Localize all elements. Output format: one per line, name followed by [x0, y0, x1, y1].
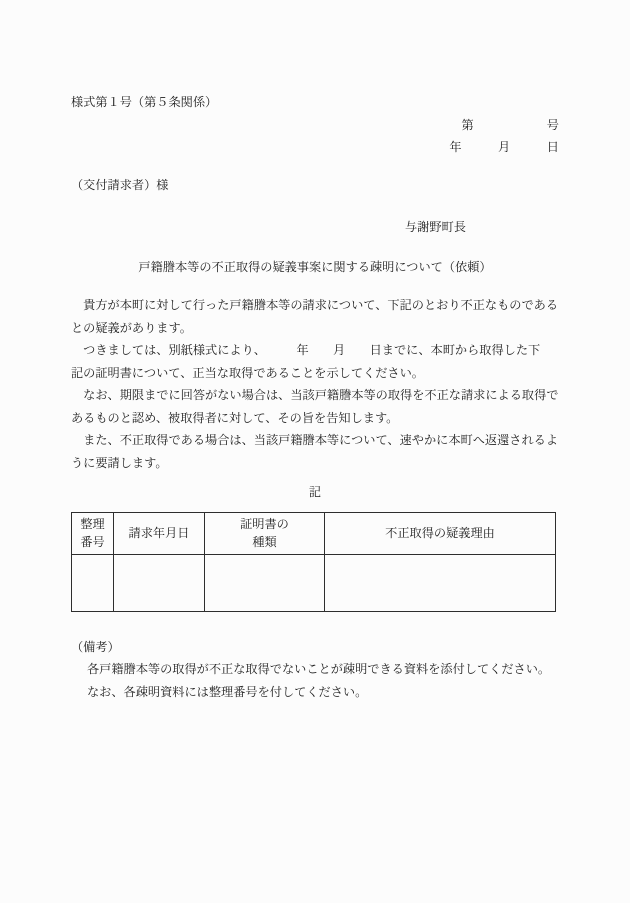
document-title: 戸籍謄本等の不正取得の疑義事案に関する疎明について（依頼） [71, 256, 559, 279]
body-paragraph-4-line-1: また、不正取得である場合は、当該戸籍謄本等について、速やかに本町へ返還されるよ [71, 429, 559, 452]
remarks-section: 各戸籍謄本等の取得が不正な取得でないことが疎明できる資料を添付してください。 な… [71, 658, 559, 703]
request-table: 整理 番号 請求年月日 証明書の 種類 不正取得の疑義理由 [71, 512, 556, 612]
remarks-heading: （備考） [71, 636, 559, 659]
table-row [72, 554, 556, 611]
body-paragraph-3-line-2: あるものと認め、被取得者に対して、その旨を告知します。 [71, 407, 559, 430]
sender-line: 与謝野町長 [405, 216, 559, 239]
body-paragraph-1-line-1: 貴方が本町に対して行った戸籍謄本等の請求について、下記のとおり不正なものである [71, 294, 559, 317]
table-cell-request-date [114, 554, 205, 611]
table-cell-certificate-type [205, 554, 325, 611]
document-page: 様式第１号（第５条関係） 第 号 年 月 日 （交付請求者）様 与謝野町長 戸籍… [0, 0, 630, 903]
body-paragraph-4-line-2: うに要請します。 [71, 452, 559, 475]
table-cell-suspicion-reason [325, 554, 556, 611]
date-line: 年 月 日 [71, 136, 559, 159]
table-header-request-date: 請求年月日 [114, 512, 205, 554]
body-paragraph-2-line-2: 記の証明書について、正当な取得であることを示してください。 [71, 362, 559, 385]
document-number-line: 第 号 [71, 114, 559, 137]
body-paragraph-3-line-1: なお、期限までに回答がない場合は、当該戸籍謄本等の取得を不正な請求による取得で [71, 384, 559, 407]
table-header-row: 整理 番号 請求年月日 証明書の 種類 不正取得の疑義理由 [72, 512, 556, 554]
table-header-suspicion-reason: 不正取得の疑義理由 [325, 512, 556, 554]
remark-line-2: なお、各疎明資料には整理番号を付してください。 [71, 681, 559, 704]
form-number-label: 様式第１号（第５条関係） [71, 91, 559, 114]
table-header-certificate-type: 証明書の 種類 [205, 512, 325, 554]
remark-line-1: 各戸籍謄本等の取得が不正な取得でないことが疎明できる資料を添付してください。 [71, 658, 559, 681]
document-content: 様式第１号（第５条関係） 第 号 年 月 日 （交付請求者）様 与謝野町長 戸籍… [0, 0, 630, 703]
document-body: 貴方が本町に対して行った戸籍謄本等の請求について、下記のとおり不正なものである … [71, 294, 559, 474]
body-paragraph-2-line-1: つきましては、別紙様式により、 年 月 日までに、本町から取得した下 [71, 339, 559, 362]
addressee-line: （交付請求者）様 [71, 174, 559, 197]
body-paragraph-1-line-2: との疑義があります。 [71, 317, 559, 340]
table-cell-reference-number [72, 554, 114, 611]
table-header-reference-number: 整理 番号 [72, 512, 114, 554]
ki-heading: 記 [71, 481, 559, 504]
